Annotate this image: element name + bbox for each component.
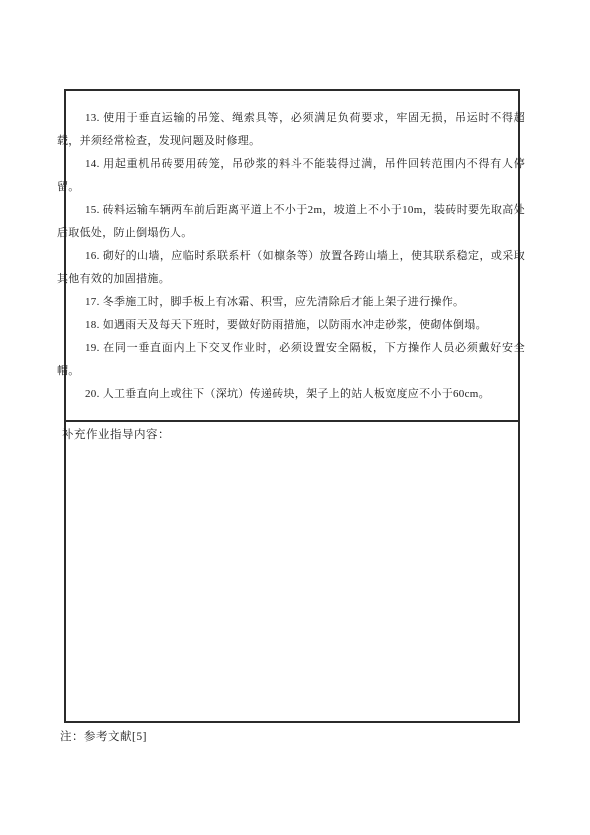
instruction-item: 17. 冬季施工时，脚手板上有冰霜、积雪，应先清除后才能上架子进行操作。: [57, 291, 525, 314]
instruction-item: 19. 在同一垂直面内上下交叉作业时，必须设置安全隔板，下方操作人员必须戴好安全…: [57, 337, 525, 383]
reference-note: 注：参考文献[5]: [60, 729, 147, 745]
table-cell-divider: [64, 420, 520, 422]
instruction-item: 20. 人工垂直向上或往下（深坑）传递砖块，架子上的站人板宽度应不小于60cm。: [57, 383, 525, 406]
instruction-item: 16. 砌好的山墙，应临时系联系杆（如檩条等）放置各跨山墙上，使其联系稳定，或采…: [57, 245, 525, 291]
instruction-item: 13. 使用于垂直运输的吊笼、绳索具等，必须满足负荷要求，牢固无损，吊运时不得超…: [57, 107, 525, 153]
instruction-item: 15. 砖料运输车辆两车前后距离平道上不小于2m，坡道上不小于10m，装砖时要先…: [57, 199, 525, 245]
instruction-item: 14. 用起重机吊砖要用砖笼，吊砂浆的料斗不能装得过满，吊件回转范围内不得有人停…: [57, 153, 525, 199]
instruction-list: 13. 使用于垂直运输的吊笼、绳索具等，必须满足负荷要求，牢固无损，吊运时不得超…: [57, 107, 525, 406]
supplement-section-label: 补充作业指导内容：: [62, 427, 170, 443]
document-page: 13. 使用于垂直运输的吊笼、绳索具等，必须满足负荷要求，牢固无损，吊运时不得超…: [0, 0, 590, 835]
instruction-item: 18. 如遇雨天及每天下班时，要做好防雨措施，以防雨水冲走砂浆，使砌体倒塌。: [57, 314, 525, 337]
